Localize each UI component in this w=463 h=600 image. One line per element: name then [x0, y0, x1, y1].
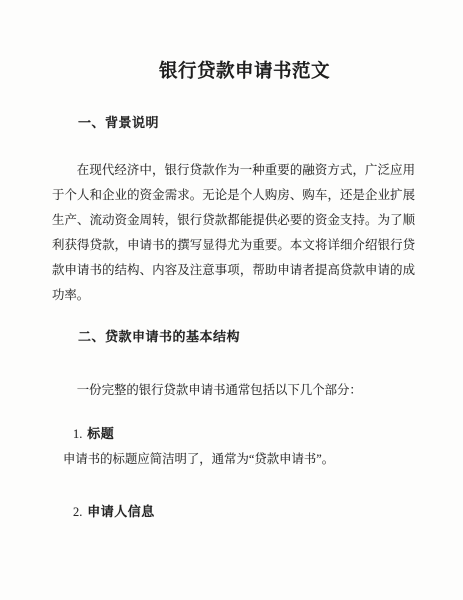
list-item-number: 1. — [73, 427, 82, 441]
list-item-title-label: 标题 — [87, 426, 114, 441]
background-paragraph: 在现代经济中，银行贷款作为一种重要的融资方式，广泛应用于个人和企业的资金需求。无… — [52, 158, 415, 308]
list-item-title: 1.标题 申请书的标题应简洁明了，通常为“贷款申请书”。 — [52, 421, 415, 472]
section-heading-structure: 二、贷款申请书的基本结构 — [78, 329, 415, 345]
section-heading-background: 一、背景说明 — [78, 115, 415, 131]
structure-intro-paragraph: 一份完整的银行贷款申请书通常包括以下几个部分： — [52, 378, 415, 403]
list-item-applicant-info-heading: 2.申请人信息 — [73, 499, 415, 525]
list-item-title-description: 申请书的标题应简洁明了，通常为“贷款申请书”。 — [63, 447, 415, 472]
list-item-title-heading: 1.标题 — [73, 421, 415, 447]
document-page: 银行贷款申请书范文 一、背景说明 在现代经济中，银行贷款作为一种重要的融资方式，… — [0, 0, 463, 600]
list-item-number: 2. — [73, 505, 82, 519]
list-item-applicant-info: 2.申请人信息 — [52, 499, 415, 525]
list-item-applicant-info-label: 申请人信息 — [87, 504, 155, 519]
document-title: 银行贷款申请书范文 — [63, 0, 426, 84]
